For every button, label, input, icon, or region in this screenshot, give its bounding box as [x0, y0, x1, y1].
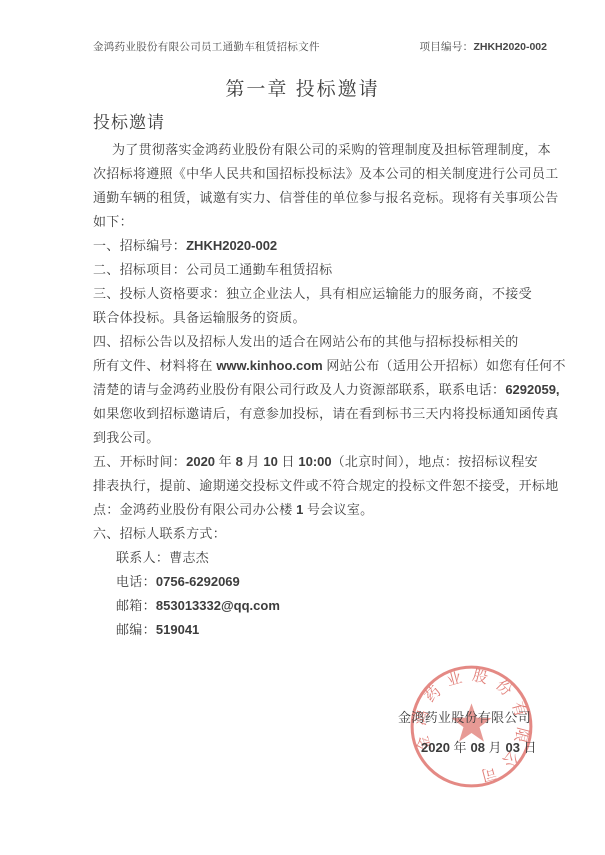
section-heading: 投标邀请 [93, 108, 165, 133]
header-doc-title: 金鸿药业股份有限公司员工通勤车租赁招标文件 [93, 40, 320, 54]
signature-date: 2020 年 08 月 03 日 [421, 736, 537, 760]
item-announcement-website: 四、招标公告以及招标人发出的适合在网站公布的其他与招标投标相关的所有文件、材料将… [93, 330, 563, 450]
item-bid-opening: 五、开标时间：2020 年 8 月 10 日 10:00（北京时间），地点：按招… [93, 450, 563, 522]
contact-block: 联系人：曹志杰电话：0756-6292069邮箱：853013332@qq.co… [116, 546, 563, 642]
chapter-title: 第一章 投标邀请 [0, 74, 605, 101]
header-project-number: 项目编号：ZHKH2020-002 [419, 40, 547, 54]
page-header: 金鸿药业股份有限公司员工通勤车租赁招标文件 项目编号：ZHKH2020-002 [93, 40, 547, 54]
item-contact-heading: 六、招标人联系方式： [93, 522, 563, 546]
item-tender-number: 一、招标编号：ZHKH2020-002 [93, 234, 563, 258]
item-bidder-qualification: 三、投标人资格要求：独立企业法人，具有相应运输能力的服务商，不接受联合体投标。具… [93, 282, 563, 330]
intro-paragraph: 为了贯彻落实金鸿药业股份有限公司的采购的管理制度及担标管理制度，本次招标将遵照《… [93, 138, 563, 234]
item-tender-project: 二、招标项目：公司员工通勤车租赁招标 [93, 258, 563, 282]
document-body: 为了贯彻落实金鸿药业股份有限公司的采购的管理制度及担标管理制度，本次招标将遵照《… [93, 138, 563, 642]
signature-company: 金鸿药业股份有限公司 [398, 706, 531, 730]
document-page: 金鸿药业股份有限公司员工通勤车租赁招标文件 项目编号：ZHKH2020-002 … [0, 0, 605, 855]
